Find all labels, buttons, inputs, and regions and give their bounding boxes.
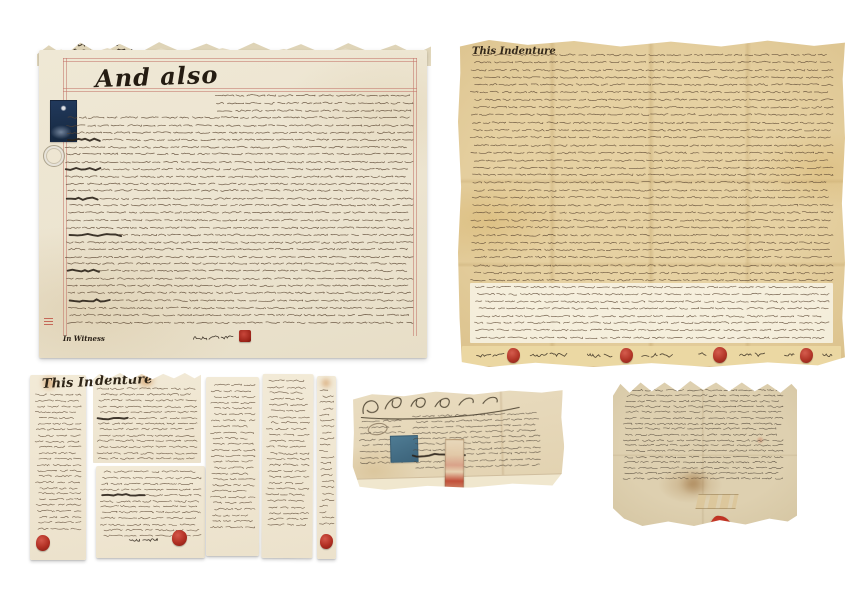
- strip-handwritten-text: [317, 376, 336, 559]
- signature-squiggle: [731, 348, 775, 362]
- signature-strip: [462, 346, 841, 366]
- photograph-of-antique-documents: And also In Witness This Indenture: [0, 0, 859, 599]
- signature-squiggle: [470, 348, 508, 362]
- signature-squiggle: [816, 348, 838, 362]
- panel-handwritten-text: [470, 283, 833, 343]
- deed-handwritten-text: [39, 50, 427, 358]
- wax-seal: [620, 348, 633, 363]
- wax-seal: [800, 348, 813, 363]
- document-large-deed: And also In Witness: [33, 40, 433, 360]
- strip-piece-4: [261, 374, 313, 558]
- signature-squiggle: [524, 348, 576, 362]
- witness-clause: In Witness: [63, 334, 105, 343]
- strip-piece-3: [206, 377, 259, 556]
- signature-squiggle: [690, 348, 710, 362]
- stain: [677, 472, 711, 494]
- strip-piece-5: [317, 376, 336, 559]
- woven-seal-tag: [695, 494, 738, 509]
- pendant-wax-seal: [705, 515, 734, 561]
- pasted-light-panel: [470, 283, 833, 343]
- document-early-indenture: [613, 378, 797, 526]
- pendant-seal-tail: [703, 556, 735, 594]
- strip-handwritten-text: [30, 375, 86, 560]
- document-small-deed: [351, 388, 565, 491]
- signature-squiggle: [637, 348, 677, 362]
- wax-seal: [507, 348, 520, 363]
- strip-handwritten-text: [93, 373, 201, 463]
- strip-handwritten-text: [261, 374, 313, 558]
- wax-seal: [239, 330, 251, 342]
- strip-piece-2-top: denture: [93, 373, 201, 463]
- strip-piece-2-bottom: [96, 466, 205, 558]
- signature-squiggle: [122, 534, 168, 546]
- main-handwritten-text: [409, 408, 559, 484]
- strip-handwritten-text: [206, 377, 259, 556]
- pendant-seal-tag: [445, 439, 465, 507]
- signature-squiggle: [780, 348, 798, 362]
- document-large-indenture: This Indenture: [458, 40, 845, 367]
- strip-piece-1: This In: [30, 375, 86, 560]
- deed-front-sheet: And also In Witness: [39, 50, 427, 358]
- red-stamp-note: [44, 318, 53, 325]
- signature-squiggle: [189, 332, 235, 344]
- signature-squiggle: [582, 348, 616, 362]
- document-cut-into-strips: This In denture: [30, 373, 336, 561]
- wax-seal: [713, 347, 727, 363]
